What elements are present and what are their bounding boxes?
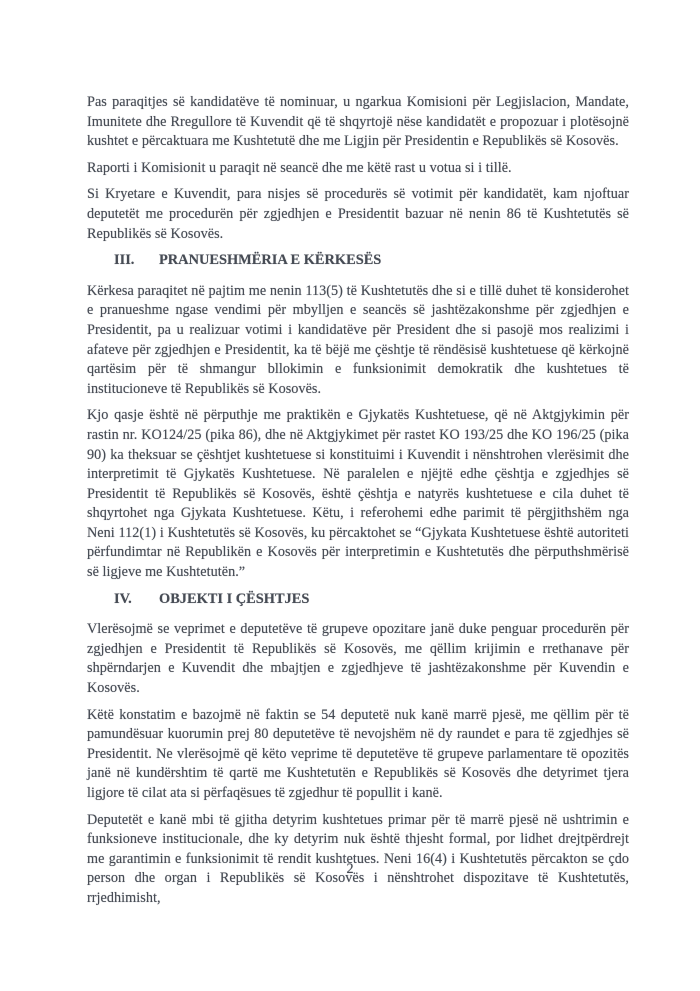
paragraph-quorum-facts: Këtë konstatim e bazojmë në faktin se 54… [87, 706, 629, 804]
page-number: 2 [0, 860, 700, 880]
section-iii-title: PRANUESHMËRIA E KËRKESËS [159, 252, 381, 268]
section-iv-numeral: IV. [114, 590, 159, 610]
document-text-block: Pas paraqitjes së kandidatëve të nominua… [87, 93, 629, 916]
section-heading-iv: IV.OBJEKTI I ÇËSHTJES [87, 590, 629, 610]
section-iv-title: OBJEKTI I ÇËSHTJES [159, 591, 309, 607]
paragraph-admissibility: Kërkesa paraqitet në pajtim me nenin 113… [87, 282, 629, 400]
paragraph-speaker-notification: Si Kryetare e Kuvendit, para nisjes së p… [87, 185, 629, 244]
paragraph-court-practice: Kjo qasje është në përputhje me praktikë… [87, 406, 629, 582]
paragraph-object-assessment: Vlerësojmë se veprimet e deputetëve të g… [87, 620, 629, 698]
section-iii-numeral: III. [114, 251, 159, 271]
section-heading-iii: III.PRANUESHMËRIA E KËRKESËS [87, 251, 629, 271]
paragraph-nomination-committee: Pas paraqitjes së kandidatëve të nominua… [87, 93, 629, 152]
paragraph-committee-report: Raporti i Komisionit u paraqit në seancë… [87, 159, 629, 179]
scanned-document-page: Pas paraqitjes së kandidatëve të nominua… [0, 0, 700, 991]
